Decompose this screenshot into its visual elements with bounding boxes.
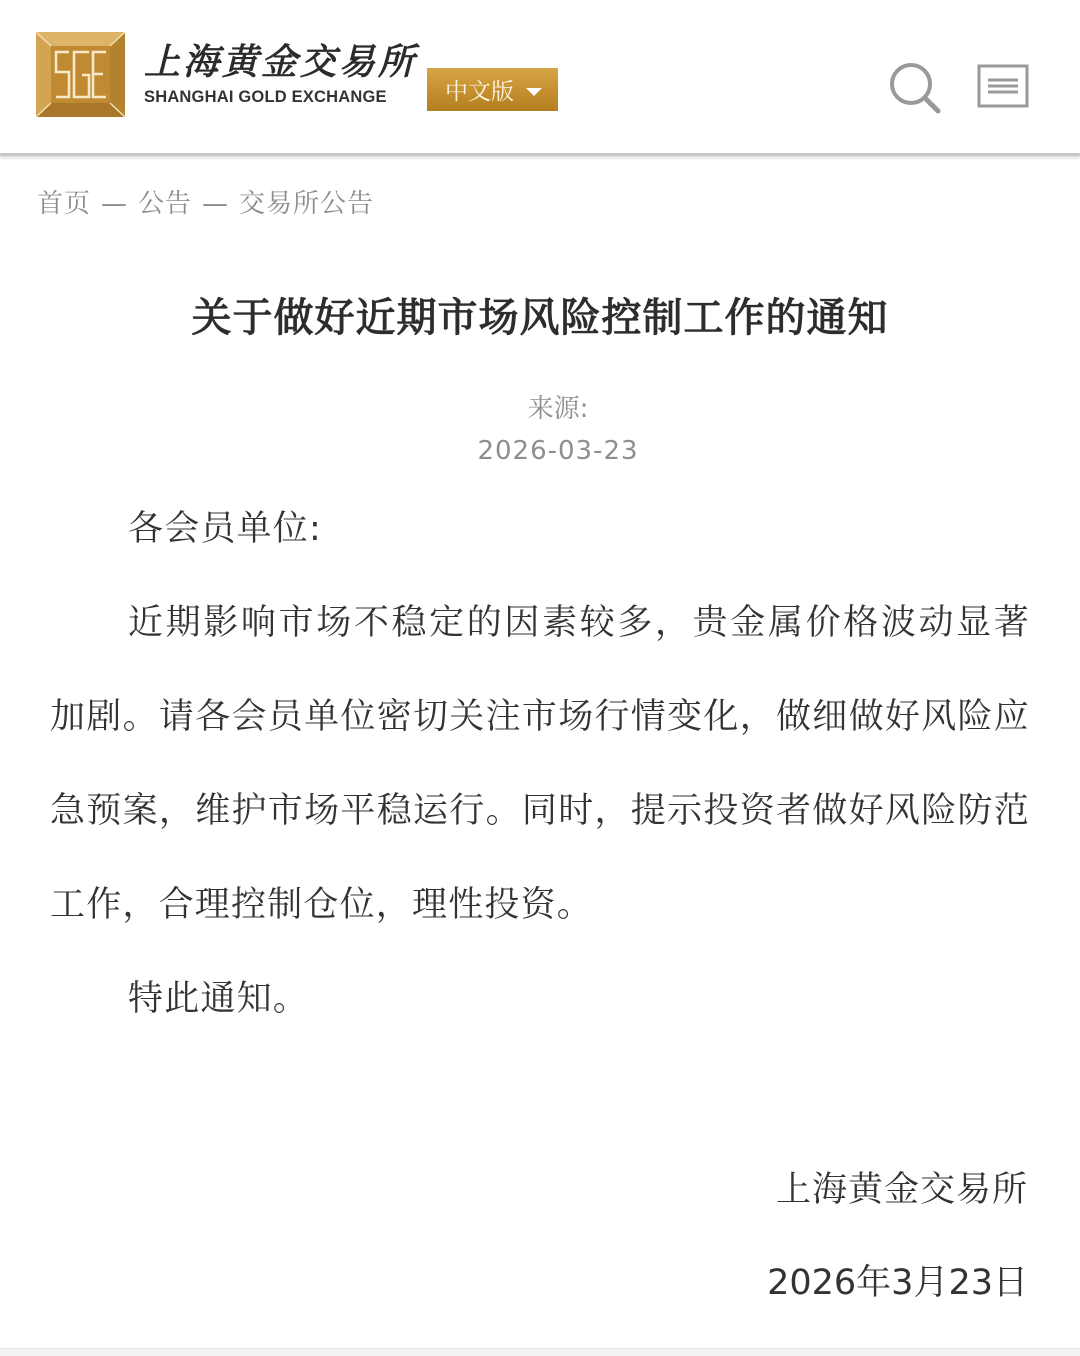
breadcrumb-separator: — bbox=[101, 189, 128, 219]
article-source: 来源: bbox=[0, 388, 1080, 425]
breadcrumb: 首页—公告—交易所公告 bbox=[37, 183, 374, 220]
closing-paragraph: 特此通知。 bbox=[50, 952, 1030, 1046]
article-title: 关于做好近期市场风险控制工作的通知 bbox=[0, 286, 1080, 343]
breadcrumb-announcements[interactable]: 公告 bbox=[138, 189, 192, 219]
logo-chinese-name: 上海黄金交易所 bbox=[144, 40, 417, 84]
menu-icon bbox=[977, 64, 1029, 108]
sge-logo-icon[interactable] bbox=[36, 32, 125, 117]
language-label: 中文版 bbox=[445, 73, 514, 106]
signer: 上海黄金交易所 bbox=[776, 1162, 1028, 1212]
article-body: 各会员单位: 近期影响市场不稳定的因素较多，贵金属价格波动显著加剧。请各会员单位… bbox=[50, 500, 1030, 1046]
caret-down-icon bbox=[526, 88, 542, 96]
salutation: 各会员单位: bbox=[50, 502, 1030, 556]
article-date: 2026-03-23 bbox=[0, 436, 1080, 466]
language-select-button[interactable]: 中文版 bbox=[427, 68, 558, 111]
logo-english-name: SHANGHAI GOLD EXCHANGE bbox=[144, 88, 387, 107]
breadcrumb-exchange-announcements[interactable]: 交易所公告 bbox=[239, 189, 374, 219]
search-icon bbox=[885, 58, 945, 118]
search-button[interactable] bbox=[885, 58, 945, 118]
site-header: 上海黄金交易所 SHANGHAI GOLD EXCHANGE 中文版 bbox=[0, 0, 1080, 156]
breadcrumb-home[interactable]: 首页 bbox=[37, 189, 91, 219]
sign-date: 2026年3月23日 bbox=[767, 1255, 1028, 1305]
logo-wordmark[interactable]: 上海黄金交易所 SHANGHAI GOLD EXCHANGE bbox=[144, 40, 400, 110]
bottom-divider bbox=[0, 1348, 1080, 1356]
breadcrumb-separator: — bbox=[202, 189, 229, 219]
menu-button[interactable] bbox=[977, 64, 1029, 108]
body-paragraph: 近期影响市场不稳定的因素较多，贵金属价格波动显著加剧。请各会员单位密切关注市场行… bbox=[50, 576, 1030, 952]
